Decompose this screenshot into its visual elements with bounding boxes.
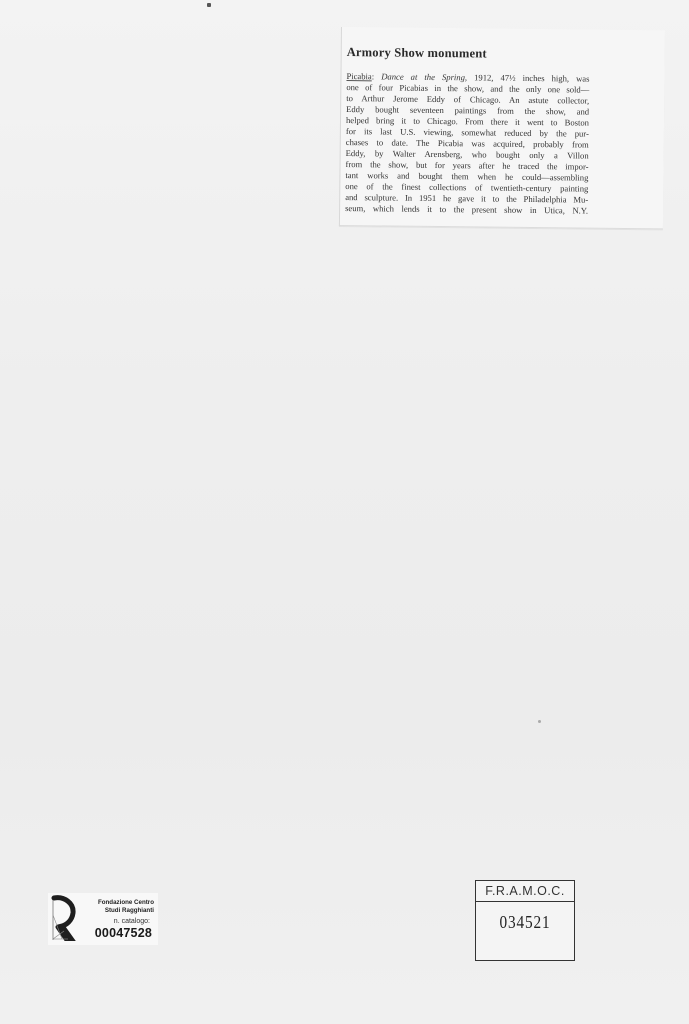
artist-name: Picabia xyxy=(346,71,371,81)
framoc-number: 034521 xyxy=(483,912,566,933)
clipping-body: Picabia: Dance at the Spring, 1912, 47½ … xyxy=(345,71,589,217)
newspaper-clipping: Armory Show monument Picabia: Dance at t… xyxy=(339,27,665,229)
foundation-name: Fondazione Centro Studi Ragghianti xyxy=(88,899,154,915)
catalog-label: n. catalogo: xyxy=(88,918,150,925)
work-title: Dance at the Spring xyxy=(381,71,465,82)
framoc-stamp: F.R.A.M.O.C. 034521 xyxy=(475,880,575,961)
clipping-line: seum, which lends it to the present show… xyxy=(345,203,588,217)
dust-speck xyxy=(538,720,541,723)
r-monogram-logo-icon xyxy=(50,895,76,941)
clipping-title: Armory Show monument xyxy=(347,45,487,61)
foundation-stamp: Fondazione Centro Studi Ragghianti n. ca… xyxy=(48,893,158,945)
catalog-number: 00047528 xyxy=(88,926,152,940)
dust-speck xyxy=(207,3,211,7)
framoc-header: F.R.A.M.O.C. xyxy=(476,881,574,902)
